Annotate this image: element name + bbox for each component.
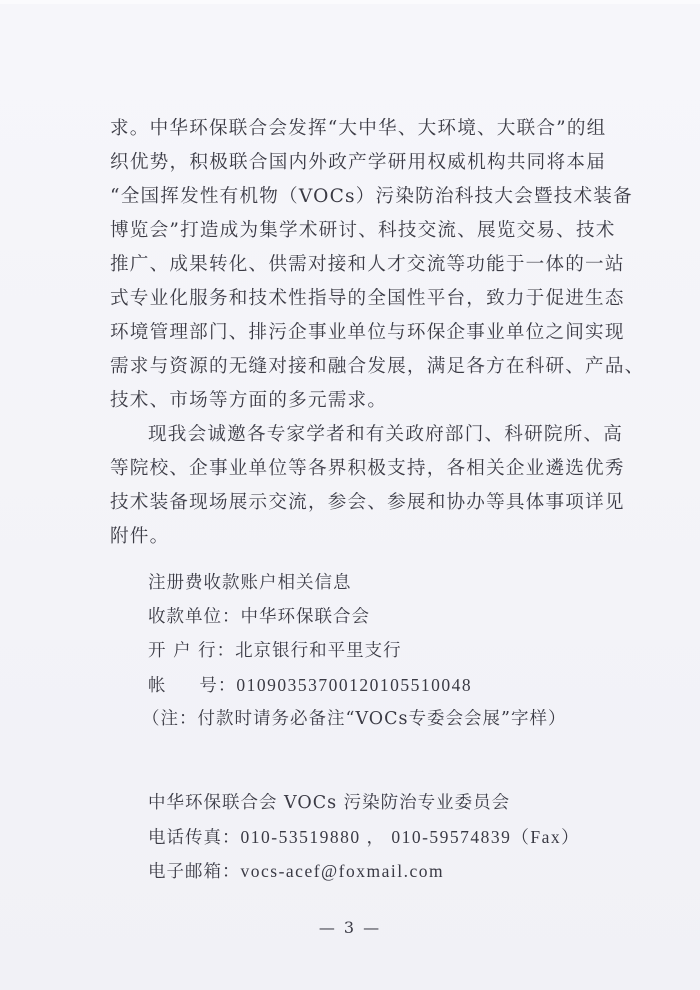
payment-note: （注：付款时请务必备注“VOCs专委会会展”字样） <box>110 702 566 736</box>
text-line: 技术、市场等方面的多元需求。 <box>110 384 606 418</box>
text-line: 需求与资源的无缝对接和融合发展，满足各方在科研、产品、 <box>110 350 606 384</box>
phone-label: 电话传真： <box>148 828 241 848</box>
account-info-section: 注册费收款账户相关信息 收款单位：中华环保联合会 开 户 行：北京银行和平里支行… <box>110 566 566 736</box>
text-line: 推广、成果转化、供需对接和人才交流等功能于一体的一站 <box>110 248 606 282</box>
email-row: 电子邮箱：vocs-acef@foxmail.com <box>110 854 580 888</box>
text-line: 现我会诚邀各专家学者和有关政府部门、科研院所、高 <box>110 418 606 452</box>
text-line: 博览会”打造成为集学术研讨、科技交流、展览交易、技术 <box>110 214 606 248</box>
bank-row: 开 户 行：北京银行和平里支行 <box>110 634 566 668</box>
document-page: 求。中华环保联合会发挥“大中华、大环境、大联合”的组 织优势，积极联合国内外政产… <box>0 0 700 990</box>
account-number-row: 帐 号：01090353700120105510048 <box>110 668 566 702</box>
payee-label: 收款单位： <box>148 607 241 627</box>
page-number: — 3 — <box>0 918 700 937</box>
paragraph-invitation: 现我会诚邀各专家学者和有关政府部门、科研院所、高 等院校、企事业单位等各界积极支… <box>110 418 606 554</box>
phone-value: 010-53519880 ， 010-59574839（Fax） <box>241 827 581 847</box>
account-label: 帐 号： <box>148 676 236 696</box>
email-label: 电子邮箱： <box>148 862 241 882</box>
account-number-value: 01090353700120105510048 <box>236 675 472 695</box>
bank-label: 开 户 行： <box>148 641 235 661</box>
email-value: vocs-acef@foxmail.com <box>241 861 445 881</box>
account-heading: 注册费收款账户相关信息 <box>110 566 566 600</box>
payee-row: 收款单位：中华环保联合会 <box>110 600 566 634</box>
text-line: 环境管理部门、排污企事业单位与环保企事业单位之间实现 <box>110 316 606 350</box>
text-line: 技术装备现场展示交流，参会、参展和协办等具体事项详见 <box>110 486 606 520</box>
organization-name: 中华环保联合会 VOCs 污染防治专业委员会 <box>110 786 580 820</box>
page-top-edge <box>0 0 700 4</box>
phone-row: 电话传真：010-53519880 ， 010-59574839（Fax） <box>110 820 580 854</box>
text-line: 等院校、企事业单位等各界积极支持，各相关企业遴选优秀 <box>110 452 606 486</box>
text-line: “全国挥发性有机物（VOCs）污染防治科技大会暨技术装备 <box>110 180 606 214</box>
text-line: 织优势，积极联合国内外政产学研用权威机构共同将本届 <box>110 146 606 180</box>
paragraph-mission: 求。中华环保联合会发挥“大中华、大环境、大联合”的组 织优势，积极联合国内外政产… <box>110 112 606 418</box>
text-line: 式专业化服务和技术性指导的全国性平台，致力于促进生态 <box>110 282 606 316</box>
text-line: 附件。 <box>110 520 606 554</box>
bank-value: 北京银行和平里支行 <box>235 641 402 661</box>
text-line: 求。中华环保联合会发挥“大中华、大环境、大联合”的组 <box>110 112 606 146</box>
payee-value: 中华环保联合会 <box>241 607 371 627</box>
contact-section: 中华环保联合会 VOCs 污染防治专业委员会 电话传真：010-53519880… <box>110 786 580 888</box>
